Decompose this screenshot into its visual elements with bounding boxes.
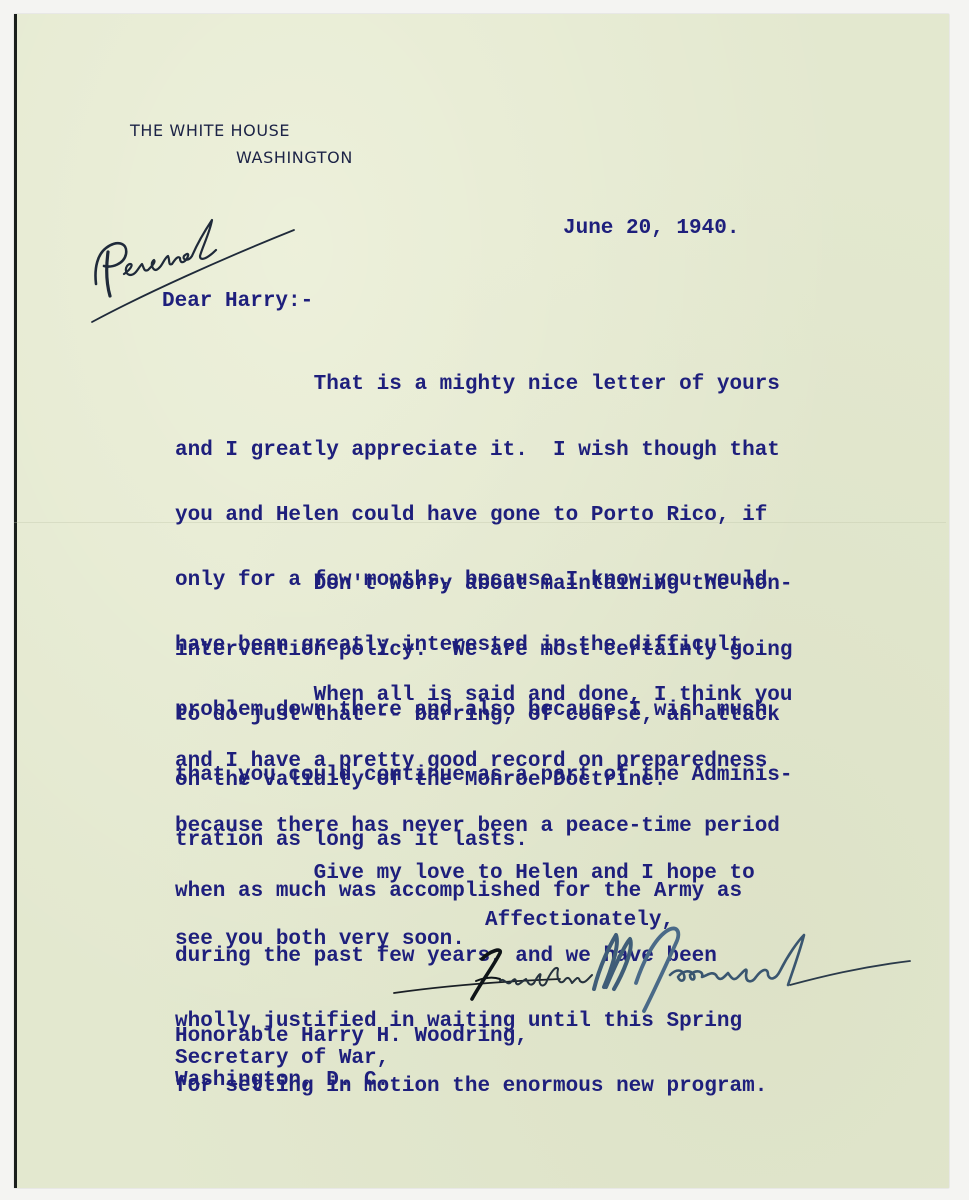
body-line: When all is said and done, I think you: [175, 685, 793, 707]
body-line: you and Helen could have gone to Porto R…: [175, 505, 793, 527]
body-line: and I have a pretty good record on prepa…: [175, 751, 793, 773]
body-line: and I greatly appreciate it. I wish thou…: [175, 440, 793, 462]
recipient-title: Secretary of War,: [175, 1048, 389, 1070]
body-line: Give my love to Helen and I hope to: [175, 863, 755, 885]
letter-date: June 20, 1940.: [563, 218, 739, 240]
letterhead-title: THE WHITE HOUSE: [130, 121, 290, 140]
handwritten-signature: Franklin D Roosevelt: [390, 925, 920, 1020]
body-line: Don't worry about maintaining the non-: [175, 574, 793, 596]
recipient-address: Washington, D. C.: [175, 1070, 389, 1092]
salutation: Dear Harry:-: [162, 291, 313, 313]
body-line: That is a mighty nice letter of yours: [175, 374, 793, 396]
letterhead-city: WASHINGTON: [236, 148, 353, 167]
recipient-name: Honorable Harry H. Woodring,: [175, 1026, 528, 1048]
